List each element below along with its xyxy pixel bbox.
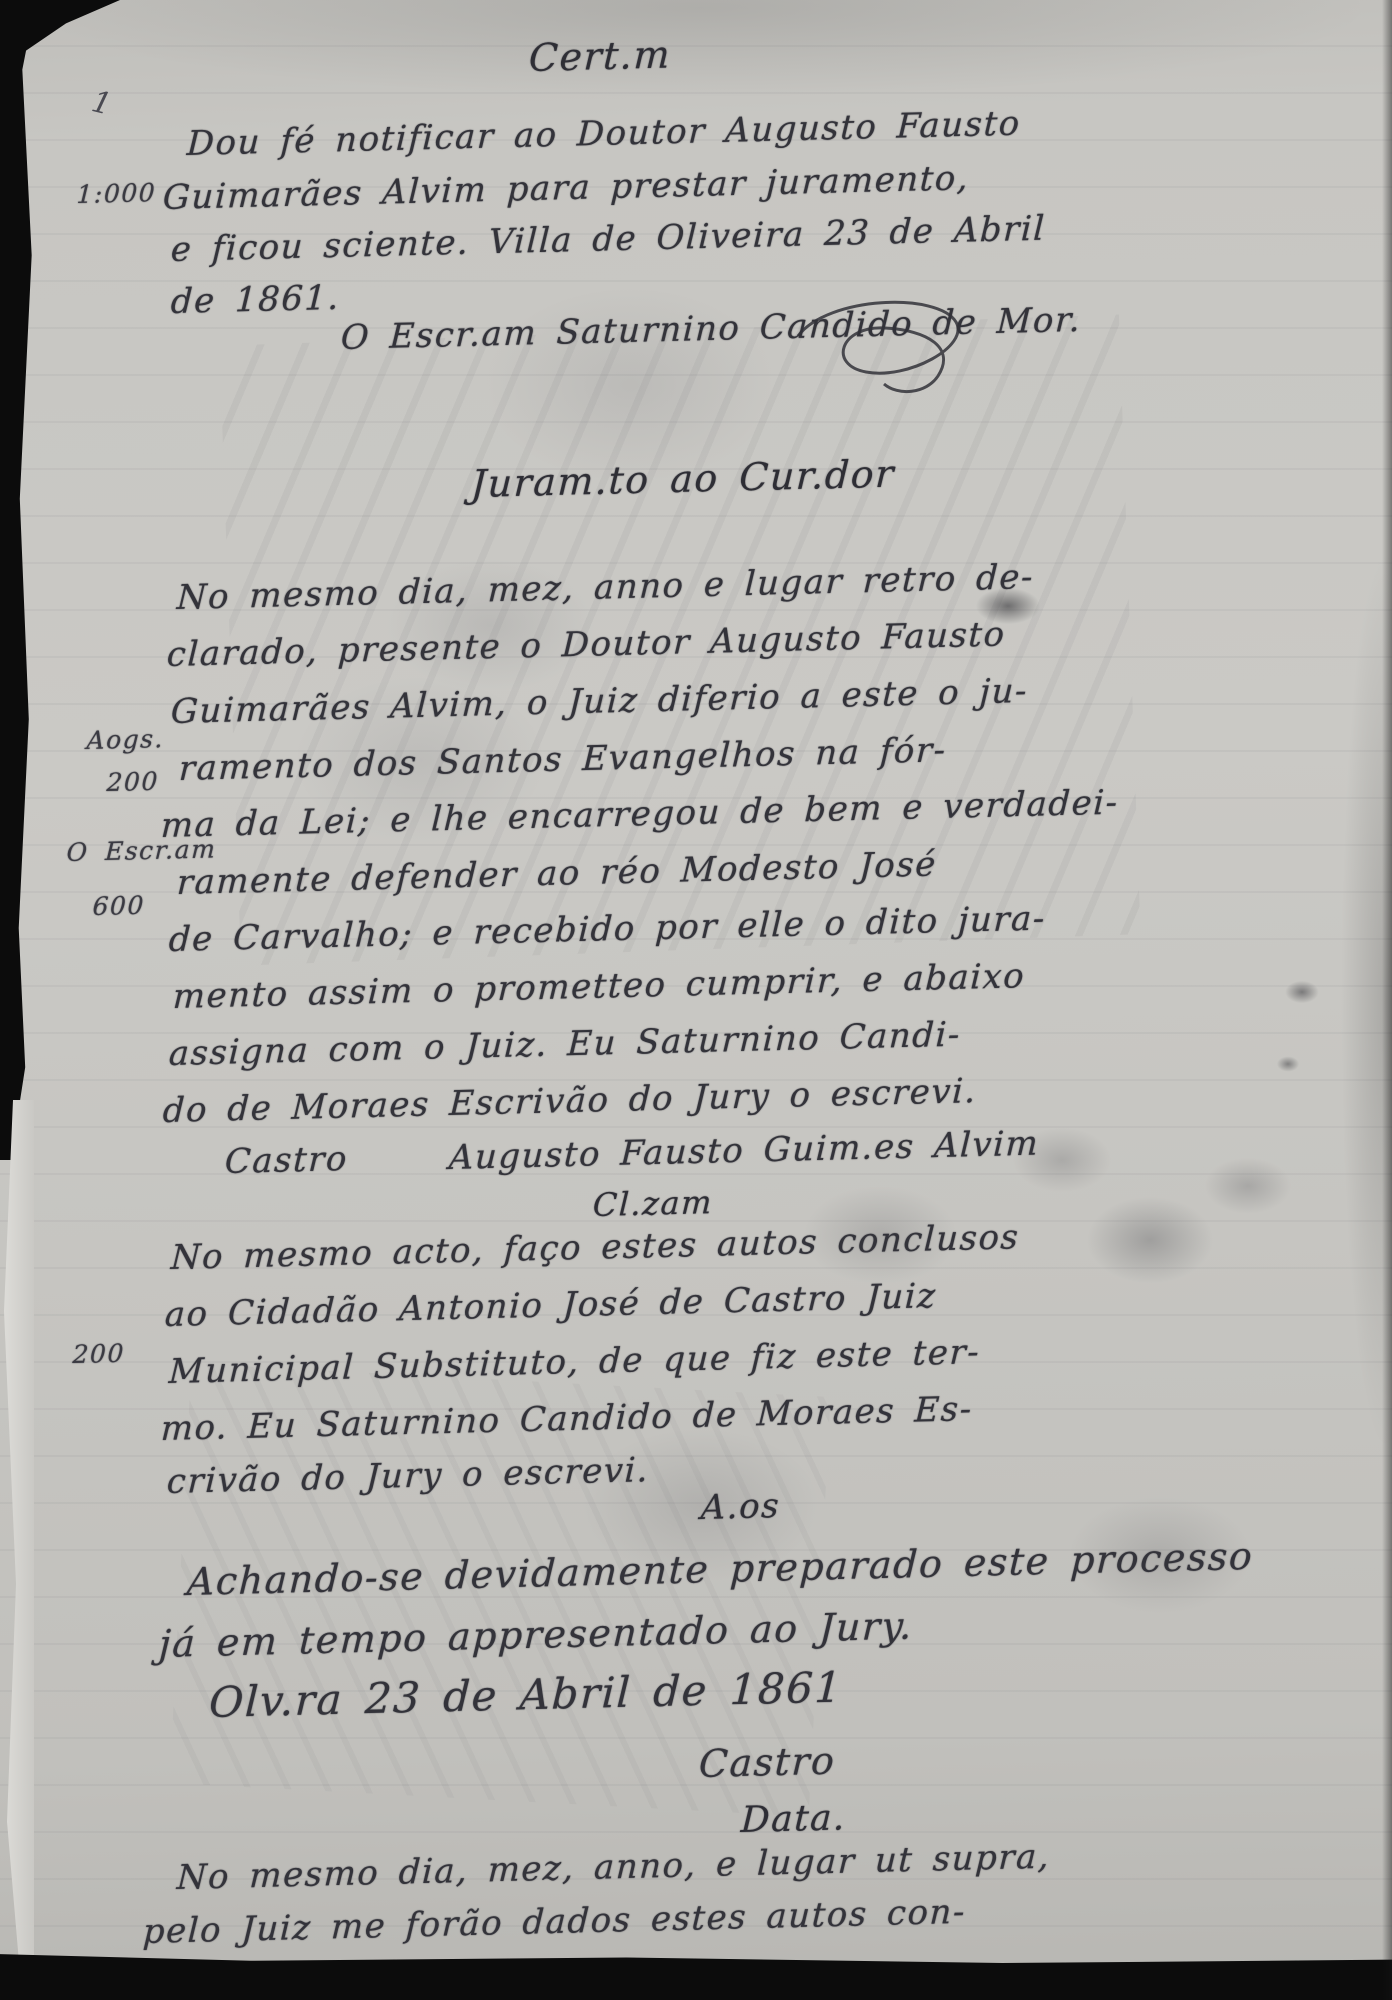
paper-sheet: 1 Cert.m 1:000 Dou fé notificar ao Douto… — [0, 0, 1392, 2000]
autos-signature: Castro — [698, 1739, 837, 1786]
signature-rubric-flourish — [788, 288, 978, 402]
autos-heading: A.os — [700, 1486, 781, 1528]
conclusao-margin-note: 200 — [72, 1339, 126, 1369]
juramento-margin-note: 200 — [106, 767, 160, 797]
data-heading: Data. — [740, 1797, 847, 1841]
judge-signature: Castro — [224, 1139, 349, 1182]
scan-edge-right — [1382, 0, 1392, 2000]
juramento-margin-note: 600 — [92, 891, 146, 921]
certidao-line: de 1861. — [170, 278, 341, 322]
conclusao-heading: Cl.zam — [592, 1183, 714, 1224]
certidao-margin-note: 1:000 — [76, 178, 157, 209]
certidao-heading: Cert.m — [528, 32, 672, 80]
scanned-manuscript-page: 1 Cert.m 1:000 Dou fé notificar ao Douto… — [0, 0, 1392, 2000]
juramento-margin-note: Aogs. — [86, 724, 165, 755]
